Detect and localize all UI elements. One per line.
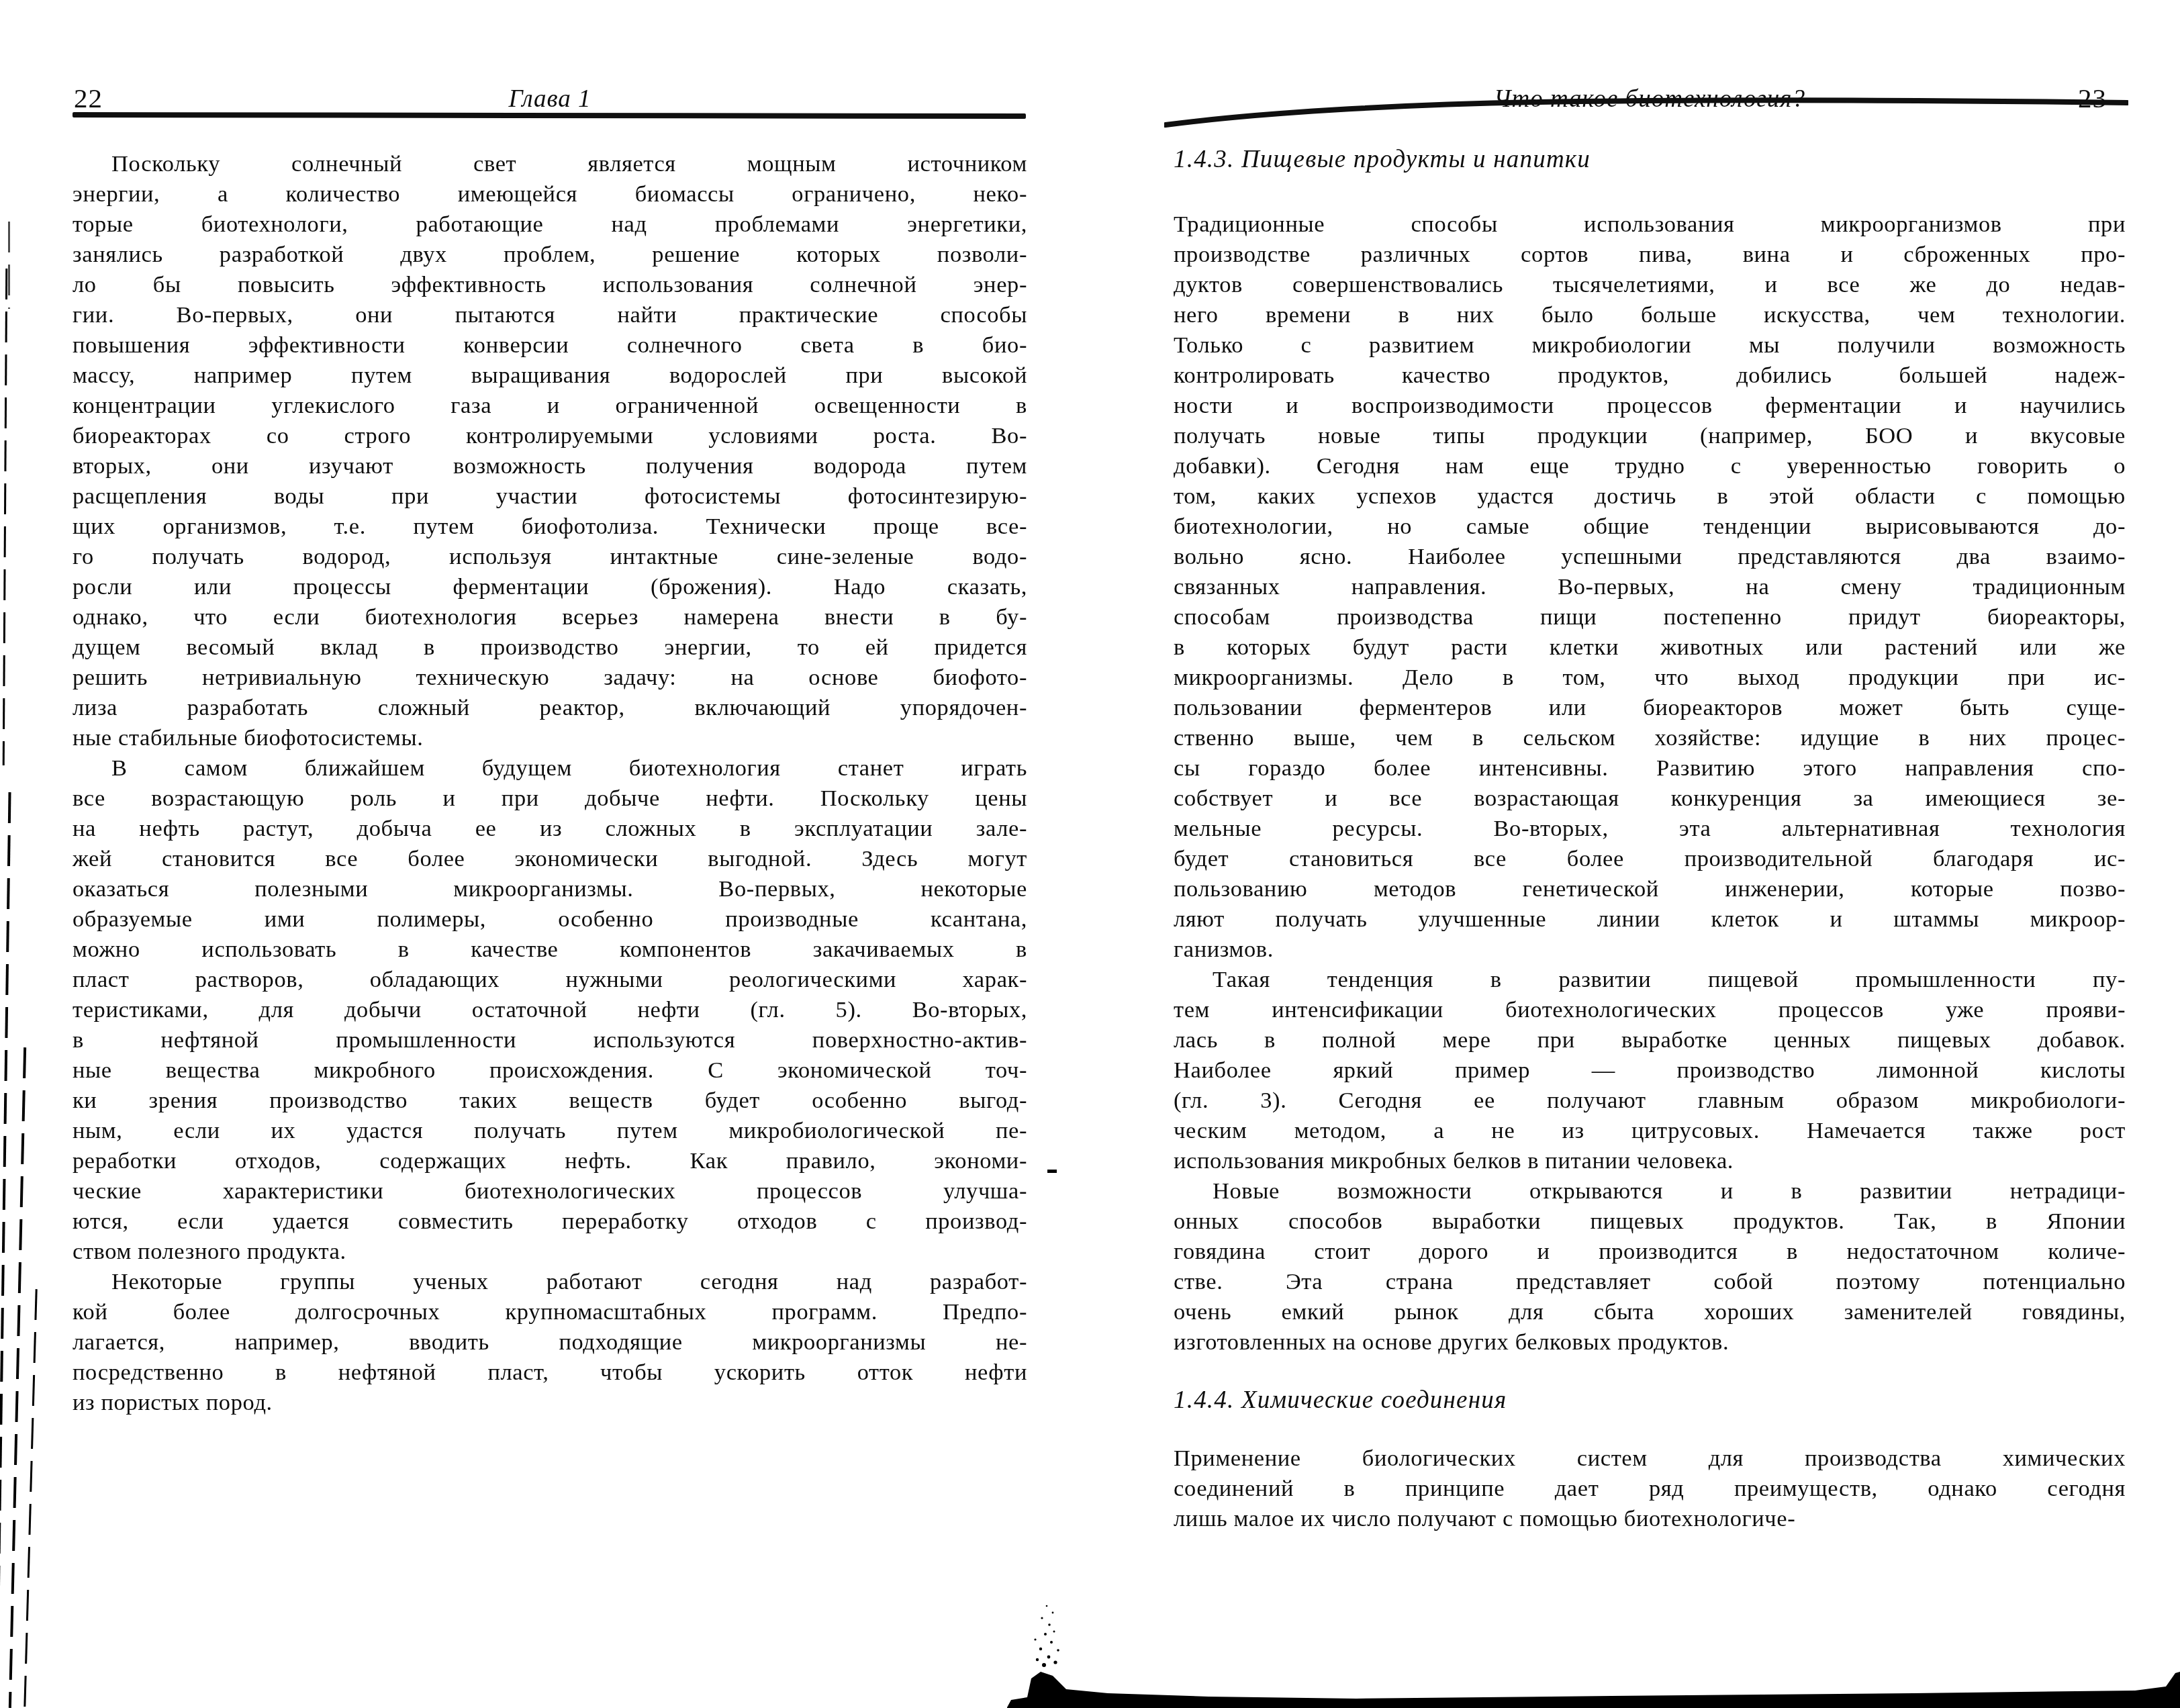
text-line: дущем весомый вклад в производство энерг… [73, 632, 1027, 663]
text-line: стве. Эта страна представляет собой поэт… [1174, 1267, 2126, 1297]
text-line: образуемые ими полимеры, особенно произв… [73, 904, 1027, 935]
body-text-right-food: Традиционные способы использования микро… [1174, 209, 2126, 1358]
text-line: Наиболее яркий пример — производство лим… [1174, 1055, 2126, 1086]
curved-rule-svg [1164, 94, 2128, 132]
text-line: пласт растворов, обладающих нужными реол… [73, 965, 1027, 995]
text-line: расщепления воды при участии фотосистемы… [73, 481, 1027, 512]
text-line: повышения эффективности конверсии солнеч… [73, 330, 1027, 361]
scan-line-artifact [3, 269, 8, 765]
text-line: очень емкий рынок для сбыта хороших заме… [1174, 1297, 2126, 1327]
text-line: концентрации углекислого газа и ограниче… [73, 391, 1027, 421]
text-line: ческим методом, а не из цитрусовых. Наме… [1174, 1116, 2126, 1146]
text-line: в которых будут расти клетки животных ил… [1174, 632, 2126, 663]
scan-line-artifact [9, 1047, 26, 1708]
text-line: использования микробных белков в питании… [1174, 1146, 2126, 1176]
text-line: мельные ресурсы. Во-вторых, эта альтерна… [1174, 814, 2126, 844]
text-line: торые биотехнологи, работающие над пробл… [73, 209, 1027, 240]
text-line: лась в полной мере при выработке ценных … [1174, 1025, 2126, 1055]
text-line: жей становится все более экономически вы… [73, 844, 1027, 874]
text-line: ным, если их удастся получать путем микр… [73, 1116, 1027, 1146]
text-line: можно использовать в качестве компоненто… [73, 935, 1027, 965]
text-line: решить нетривиальную техническую задачу:… [73, 663, 1027, 693]
text-line: все возрастающую роль и при добыче нефти… [73, 784, 1027, 814]
text-line: теристиками, для добычи остаточной нефти… [73, 995, 1027, 1025]
scan-speck-artifact [1047, 1170, 1057, 1173]
text-line: лагается, например, вводить подходящие м… [73, 1327, 1027, 1358]
text-line: том, каких успехов удастся достичь в это… [1174, 481, 2126, 512]
section-heading-144: 1.4.4. Химические соединения [1174, 1386, 1507, 1415]
header-rule-left [73, 112, 1026, 119]
text-line: говядина стоит дорого и производится в н… [1174, 1237, 2126, 1267]
text-line: онных способов выработки пищевых продукт… [1174, 1206, 2126, 1237]
text-line: кой более долгосрочных крупномасштабных … [73, 1297, 1027, 1327]
bottom-shadow-svg [1007, 1598, 2180, 1708]
text-line: оказаться полезными микроорганизмы. Во-п… [73, 874, 1027, 904]
text-line: пользовании ферментеров или биореакторов… [1174, 693, 2126, 723]
running-head-left: Глава 1 [73, 85, 1027, 113]
text-line: связанных направления. Во-первых, на сме… [1174, 572, 2126, 602]
text-line: занялись разработкой двух проблем, решен… [73, 240, 1027, 270]
text-line: на нефть растут, добыча ее из сложных в … [73, 814, 1027, 844]
body-text-left: Поскольку солнечный свет является мощным… [73, 149, 1027, 1418]
text-line: изготовленных на основе других белковых … [1174, 1327, 2126, 1358]
text-line: ло бы повысить эффективность использован… [73, 270, 1027, 300]
text-line: ные стабильные биофотосистемы. [73, 723, 1027, 753]
text-line: реработки отходов, содержащих нефть. Как… [73, 1146, 1027, 1176]
scan-line-artifact [23, 1289, 37, 1708]
text-line: сы гораздо более интенсивны. Развитию эт… [1174, 753, 2126, 784]
text-line: соединений в принципе дает ряд преимущес… [1174, 1474, 2126, 1504]
text-line: собствует и все возрастающая конкуренция… [1174, 784, 2126, 814]
text-line: Новые возможности открываются и в развит… [1174, 1176, 2126, 1206]
text-line: из пористых пород. [73, 1388, 1027, 1418]
text-line: лиза разработать сложный реактор, включа… [73, 693, 1027, 723]
text-line: ганизмов. [1174, 935, 2126, 965]
text-line: Такая тенденция в развитии пищевой промы… [1174, 965, 2126, 995]
page-right: Что такое биотехнология? 23 1.4.3. Пищев… [1174, 0, 2126, 1708]
scan-bottom-shadow [1007, 1598, 2180, 1708]
text-line: него времени в них было больше искусства… [1174, 300, 2126, 330]
text-line: ные вещества микробного происхождения. С… [73, 1055, 1027, 1086]
text-line: дуктов совершенствовались тысячелетиями,… [1174, 270, 2126, 300]
text-line: гии. Во-первых, они пытаются найти практ… [73, 300, 1027, 330]
text-line: вольно ясно. Наиболее успешными представ… [1174, 542, 2126, 572]
text-line: ляют получать улучшенные линии клеток и … [1174, 904, 2126, 935]
text-line: тем интенсификации биотехнологических пр… [1174, 995, 2126, 1025]
text-line: биореакторах со строго контролируемыми у… [73, 421, 1027, 451]
body-text-right-chem: Применение биологических систем для прои… [1174, 1443, 2126, 1534]
text-line: добавки). Сегодня нам еще трудно с увере… [1174, 451, 2126, 481]
book-scan-spread: 22 Глава 1 Поскольку солнечный свет явля… [0, 0, 2180, 1708]
text-line: щих организмов, т.е. путем биофотолиза. … [73, 512, 1027, 542]
text-line: ются, если удается совместить переработк… [73, 1206, 1027, 1237]
text-line: в нефтяной промышленности используются п… [73, 1025, 1027, 1055]
text-line: массу, например путем выращивания водоро… [73, 361, 1027, 391]
text-line: контролировать качество продуктов, добил… [1174, 361, 2126, 391]
header-rule-right [1164, 94, 2128, 132]
text-line: микроорганизмы. Дело в том, что выход пр… [1174, 663, 2126, 693]
text-line: вторых, они изучают возможность получени… [73, 451, 1027, 481]
text-line: способам производства пищи постепенно пр… [1174, 602, 2126, 632]
text-line: производстве различных сортов пива, вина… [1174, 240, 2126, 270]
text-line: однако, что если биотехнология всерьез н… [73, 602, 1027, 632]
scan-line-artifact [8, 222, 10, 309]
text-line: будет становиться все более производител… [1174, 844, 2126, 874]
text-line: Традиционные способы использования микро… [1174, 209, 2126, 240]
text-line: го получать водород, используя интактные… [73, 542, 1027, 572]
text-line: пользованию методов генетической инженер… [1174, 874, 2126, 904]
text-line: ческие характеристики биотехнологических… [73, 1176, 1027, 1206]
text-line: (гл. 3). Сегодня ее получают главным обр… [1174, 1086, 2126, 1116]
section-heading-143: 1.4.3. Пищевые продукты и напитки [1174, 145, 1591, 174]
text-line: энергии, а количество имеющейся биомассы… [73, 179, 1027, 209]
text-line: ности и воспроизводимости процессов ферм… [1174, 391, 2126, 421]
text-line: получать новые типы продукции (например,… [1174, 421, 2126, 451]
text-line: ственно выше, чем в сельском хозяйстве: … [1174, 723, 2126, 753]
page-left: 22 Глава 1 Поскольку солнечный свет явля… [73, 0, 1027, 1708]
text-line: биотехнологии, но самые общие тенденции … [1174, 512, 2126, 542]
text-line: ством полезного продукта. [73, 1237, 1027, 1267]
text-line: Некоторые группы ученых работают сегодня… [73, 1267, 1027, 1297]
text-line: росли или процессы ферментации (брожения… [73, 572, 1027, 602]
text-line: ки зрения производство таких веществ буд… [73, 1086, 1027, 1116]
text-line: Применение биологических систем для прои… [1174, 1443, 2126, 1474]
text-line: Поскольку солнечный свет является мощным… [73, 149, 1027, 179]
text-line: лишь малое их число получают с помощью б… [1174, 1504, 2126, 1534]
text-line: В самом ближайшем будущем биотехнология … [73, 753, 1027, 784]
text-line: Только с развитием микробиологии мы полу… [1174, 330, 2126, 361]
scan-line-artifact [0, 792, 11, 1708]
text-line: посредственно в нефтяной пласт, чтобы ус… [73, 1358, 1027, 1388]
